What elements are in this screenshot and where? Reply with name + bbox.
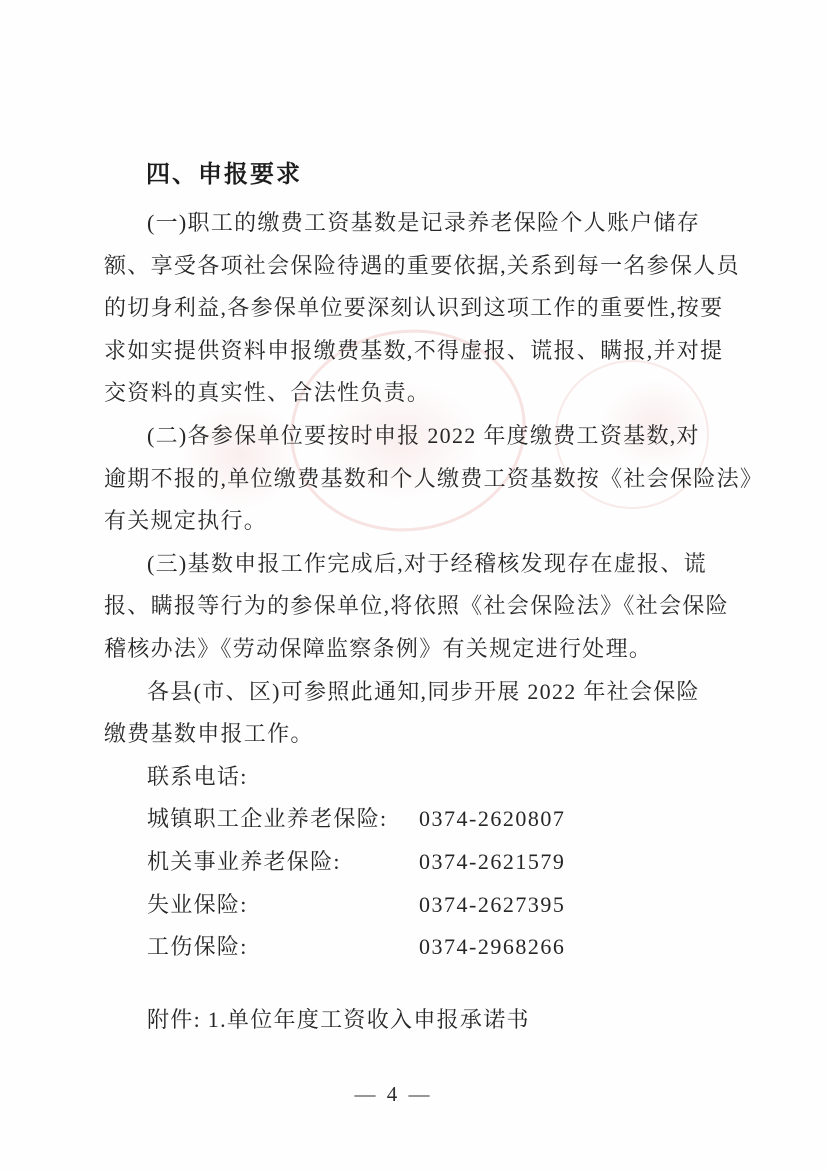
body-line: 额、享受各项社会保险待遇的重要依据,关系到每一名参保人员 <box>104 245 740 288</box>
contact-phone: 0374-2621579 <box>419 841 565 884</box>
contacts-title: 联系电话: <box>104 756 740 799</box>
contact-phone: 0374-2627395 <box>419 884 565 927</box>
body-line: 交资料的真实性、合法性负责。 <box>104 372 740 415</box>
body-line: 有关规定执行。 <box>104 500 740 543</box>
contact-label: 失业保险: <box>147 884 419 927</box>
body-line: 报、瞒报等行为的参保单位,将依照《社会保险法》《社会保险 <box>104 585 740 628</box>
contact-label: 城镇职工企业养老保险: <box>147 798 419 841</box>
attachment-line: 附件: 1.单位年度工资收入申报承诺书 <box>104 999 740 1042</box>
page-number: — 4 — <box>0 1082 787 1107</box>
contact-phone: 0374-2620807 <box>419 798 565 841</box>
contact-label: 机关事业养老保险: <box>147 841 419 884</box>
contact-row: 工伤保险: 0374-2968266 <box>104 926 740 969</box>
body-line: 逾期不报的,单位缴费基数和个人缴费工资基数按《社会保险法》 <box>104 458 740 501</box>
contact-row: 机关事业养老保险: 0374-2621579 <box>104 841 740 884</box>
contact-row: 失业保险: 0374-2627395 <box>104 884 740 927</box>
section-heading: 四、申报要求 <box>104 158 740 192</box>
body-line: 稽核办法》《劳动保障监察条例》有关规定进行处理。 <box>104 628 740 671</box>
body-line: (二)各参保单位要按时申报 2022 年度缴费工资基数,对 <box>104 415 740 458</box>
contact-label: 工伤保险: <box>147 926 419 969</box>
body-line: 缴费基数申报工作。 <box>104 713 740 756</box>
body-line: (一)职工的缴费工资基数是记录养老保险个人账户储存 <box>104 202 740 245</box>
body-line: (三)基数申报工作完成后,对于经稽核发现存在虚报、谎 <box>104 543 740 586</box>
contact-phone: 0374-2968266 <box>419 926 565 969</box>
body-line: 求如实提供资料申报缴费基数,不得虚报、谎报、瞒报,并对提 <box>104 330 740 373</box>
body-line: 的切身利益,各参保单位要深刻认识到这项工作的重要性,按要 <box>104 287 740 330</box>
body-line: 各县(市、区)可参照此通知,同步开展 2022 年社会保险 <box>104 671 740 714</box>
document-body: 四、申报要求 (一)职工的缴费工资基数是记录养老保险个人账户储存 额、享受各项社… <box>104 158 740 1041</box>
document-page: 四、申报要求 (一)职工的缴费工资基数是记录养老保险个人账户储存 额、享受各项社… <box>0 0 827 1170</box>
contact-row: 城镇职工企业养老保险: 0374-2620807 <box>104 798 740 841</box>
